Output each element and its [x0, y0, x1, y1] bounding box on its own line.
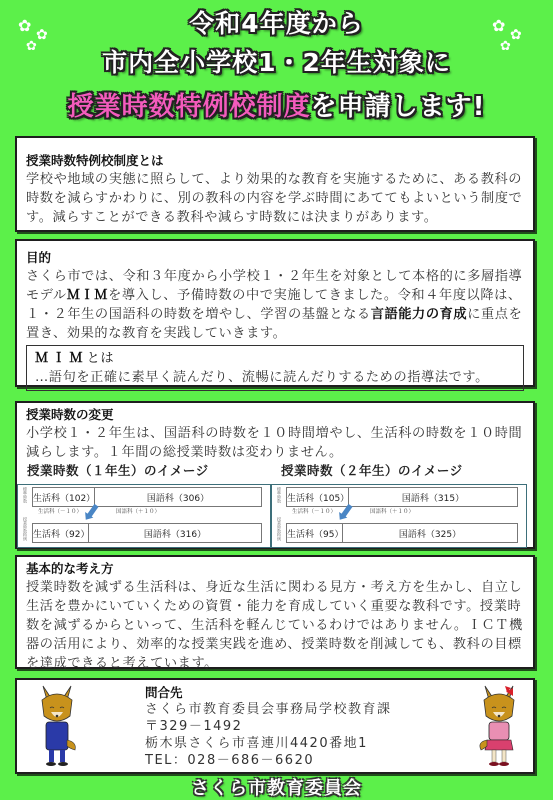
fox-mascot-girl-icon	[479, 682, 519, 770]
label-special: 授業時数特例	[274, 517, 282, 541]
special-bar: 生活科（92） 国語科（316）	[32, 523, 262, 543]
contact-info: 問合先 さくら市教育委員会事務局学校教育課 〒329－1492 栃木県さくら市喜…	[145, 684, 392, 769]
change-kokugo: 国語科（＋１０）	[370, 507, 414, 515]
hours-diagrams: 授業時数（１年生）のイメージ 標準時数 授業時数特例 生活科（102） 国語科（…	[15, 460, 535, 548]
section-about: 授業時数特例校制度とは 学校や地域の実態に照らして、より効果的な教育を実施するた…	[15, 136, 535, 232]
section-purpose-title: 目的	[26, 249, 524, 267]
purpose-bold: 言語能力の育成	[371, 307, 468, 322]
kokugo-segment: 国語科（325）	[343, 527, 517, 540]
section-basic-title: 基本的な考え方	[26, 560, 524, 578]
headline-line-3: 授業時数特例校制度を申請します!	[0, 86, 553, 123]
kokugo-segment: 国語科（306）	[95, 491, 261, 504]
headline-line-2: 市内全小学校1・2年生対象に	[0, 43, 553, 79]
mim-title: ＭＩＭとは	[35, 349, 515, 368]
mim-body: …語句を正確に素早く読んだり、流暢に読んだりするための指導法です。	[35, 368, 515, 387]
headline-rest: を申請します!	[311, 92, 486, 122]
contact-address: 栃木県さくら市喜連川4420番地1	[145, 735, 392, 752]
mim-title-bold: ＭＩＭ	[35, 351, 87, 366]
special-bar: 生活科（95） 国語科（325）	[286, 523, 518, 543]
seikatsu-segment: 生活科（102）	[33, 488, 95, 506]
label-standard: 標準時数	[20, 487, 28, 503]
diagram-grade-2: 授業時数（２年生）のイメージ 標準時数 授業時数特例 生活科（105） 国語科（…	[271, 460, 527, 548]
diagram-title: 授業時数（２年生）のイメージ	[271, 460, 527, 482]
section-change-title: 授業時数の変更	[26, 406, 524, 424]
section-purpose-body: さくら市では、令和３年度から小学校１・２年生を対象として本格的に多層指導モデルＭ…	[26, 267, 524, 343]
change-seikatsu: 生活科（－１０）	[292, 509, 336, 515]
standard-bar: 生活科（105） 国語科（315）	[286, 487, 518, 507]
fox-mascot-boy-icon	[37, 682, 77, 770]
seikatsu-segment: 生活科（95）	[287, 524, 343, 542]
seikatsu-segment: 生活科（105）	[287, 488, 349, 506]
kokugo-segment: 国語科（316）	[89, 527, 261, 540]
section-change-body: 小学校１・２年生は、国語科の時数を１０時間増やし、生活科の時数を１０時間減らしま…	[26, 424, 524, 462]
label-special: 授業時数特例	[20, 517, 28, 541]
section-basic-body: 授業時数を減ずる生活科は、身近な生活に関わる見方・考え方を生かし、自立し生活を豊…	[26, 578, 524, 673]
diagram-grade-1: 授業時数（１年生）のイメージ 標準時数 授業時数特例 生活科（102） 国語科（…	[17, 460, 271, 548]
section-about-title: 授業時数特例校制度とは	[26, 152, 524, 170]
change-seikatsu: 生活科（－１０）	[38, 509, 82, 515]
diagram-frame: 標準時数 授業時数特例 生活科（102） 国語科（306） 生活科（－１０） 国…	[17, 484, 271, 548]
contact-box: 問合先 さくら市教育委員会事務局学校教育課 〒329－1492 栃木県さくら市喜…	[15, 678, 535, 774]
kokugo-segment: 国語科（315）	[349, 491, 517, 504]
footer-organization: さくら市教育委員会	[0, 774, 553, 800]
headline-line-1: 令和4年度から	[0, 4, 553, 40]
mim-title-rest: とは	[87, 351, 115, 366]
flyer-page: ✿ ✿ ✿ ✿ ✿ ✿ 令和4年度から 市内全小学校1・2年生対象に 授業時数特…	[0, 0, 553, 800]
change-kokugo: 国語科（＋１０）	[116, 507, 160, 515]
change-row: 生活科（－１０） 国語科（＋１０）	[38, 507, 290, 515]
diagram-title: 授業時数（１年生）のイメージ	[17, 460, 271, 482]
contact-postal: 〒329－1492	[145, 718, 392, 735]
diagram-frame: 標準時数 授業時数特例 生活科（105） 国語科（315） 生活科（－１０） 国…	[271, 484, 527, 548]
headline-highlight: 授業時数特例校制度	[68, 92, 311, 122]
mim-definition-box: ＭＩＭとは …語句を正確に素早く読んだり、流暢に読んだりするための指導法です。	[26, 345, 524, 391]
label-standard: 標準時数	[274, 487, 282, 503]
seikatsu-segment: 生活科（92）	[33, 524, 89, 542]
section-purpose: 目的 さくら市では、令和３年度から小学校１・２年生を対象として本格的に多層指導モ…	[15, 239, 535, 387]
section-basic: 基本的な考え方 授業時数を減ずる生活科は、身近な生活に関わる見方・考え方を生かし…	[15, 555, 535, 669]
section-about-body: 学校や地域の実態に照らして、より効果的な教育を実施するために、ある教科の時数を減…	[26, 170, 524, 227]
contact-department: さくら市教育委員会事務局学校教育課	[145, 701, 392, 718]
contact-title: 問合先	[145, 684, 392, 701]
standard-bar: 生活科（102） 国語科（306）	[32, 487, 262, 507]
change-row: 生活科（－１０） 国語科（＋１０）	[292, 507, 546, 515]
purpose-mim: ＭＩＭ	[67, 288, 108, 303]
contact-tel[interactable]: TEL：028－686－6620	[145, 752, 392, 769]
